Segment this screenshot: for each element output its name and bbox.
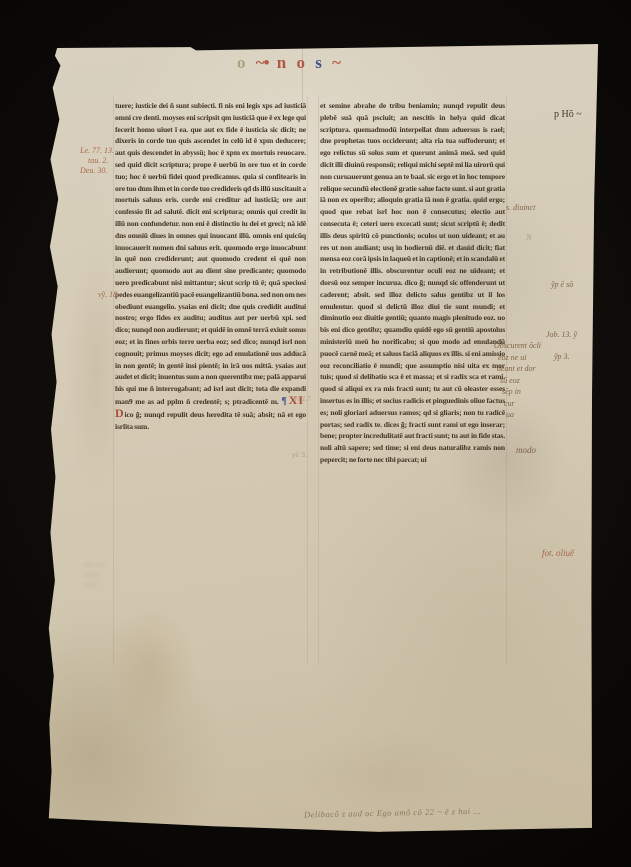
running-title: o ~• n o s ~ <box>236 53 341 73</box>
margin-note-brown: ỹp ē sõ <box>551 280 573 290</box>
gutter-mark: yṽ 1.7 <box>294 394 311 404</box>
margin-note-oliua: fot. oliuẽ <box>542 548 574 558</box>
paraph-flourish: ~ <box>331 53 341 72</box>
bleedthrough-text: non sm scdm elcõ <box>84 560 104 590</box>
gloss-line: ua <box>494 409 541 421</box>
running-title-letter: o <box>236 53 249 72</box>
margin-citation-left: Le. 77. 13. tau. 2. Deu. 30. <box>80 146 114 176</box>
chapter-pilcrow: ¶ <box>281 396 286 407</box>
margin-note-brown: s. diuinct <box>506 203 535 213</box>
margin-note-brown: ỹp 3. <box>554 352 570 362</box>
margin-note-faint: N <box>526 233 531 243</box>
gloss-line: sẽp in <box>494 386 541 398</box>
running-title-letter: o <box>296 53 309 72</box>
gutter-mark: 7 <box>294 348 298 358</box>
body-text: et semine abrahe de tribu beniamin; nunq… <box>320 101 505 464</box>
paraph-flourish: ~• <box>255 53 270 72</box>
gutter-mark: yṽ. 5. <box>292 450 307 460</box>
text-column-right: et semine abrahe de tribu beniamin; nunq… <box>320 100 505 662</box>
citation-line: tau. 2. <box>80 156 114 166</box>
ruling-line <box>307 96 308 664</box>
photo-of-manuscript-leaf: { "palette":{"bg":"#0b0907","parch":"#d5… <box>0 0 631 867</box>
margin-citation-job: Job. 13. ỹ <box>546 330 577 340</box>
margin-gloss-obscurentur: Obscurent õcli eoz ne ui deant et dor sũ… <box>494 340 541 421</box>
citation-line: Le. 77. 13. <box>80 146 114 156</box>
bottom-cursive-note: Delibacõ z aud oc Ego amõ cõ 22 ~ ē z hu… <box>304 803 631 820</box>
gloss-line: deant et dor <box>494 363 541 375</box>
text-column-left: tuere; iusticie dei ñ sunt subiecti. fi … <box>115 100 306 662</box>
parchment-leaf: o ~• n o s ~ tuere; iusticie dei ñ sunt … <box>46 40 602 835</box>
ruling-line <box>113 96 114 664</box>
body-text: ico g̃; nunqd repulit deus heredita tẽ s… <box>115 410 306 431</box>
red-initial-D: D <box>115 406 125 420</box>
citation-line: Deu. 30. <box>80 166 114 176</box>
margin-citation-left2: vỹ. 18. <box>98 290 119 300</box>
gloss-line: eoz ne ui <box>494 352 541 364</box>
margin-note-modo: modo <box>516 445 536 455</box>
gloss-line: sũ eoz <box>494 375 541 387</box>
gloss-line: Obscurent õcli <box>494 340 541 352</box>
body-text: tuere; iusticie dei ñ sunt subiecti. fi … <box>115 101 306 406</box>
gloss-line: cur <box>494 398 541 410</box>
margin-note-ink: p Hõ ~ <box>554 110 582 120</box>
running-title-letter: s <box>314 53 325 72</box>
running-title-letter: n <box>276 53 289 72</box>
ruling-line <box>318 96 319 664</box>
